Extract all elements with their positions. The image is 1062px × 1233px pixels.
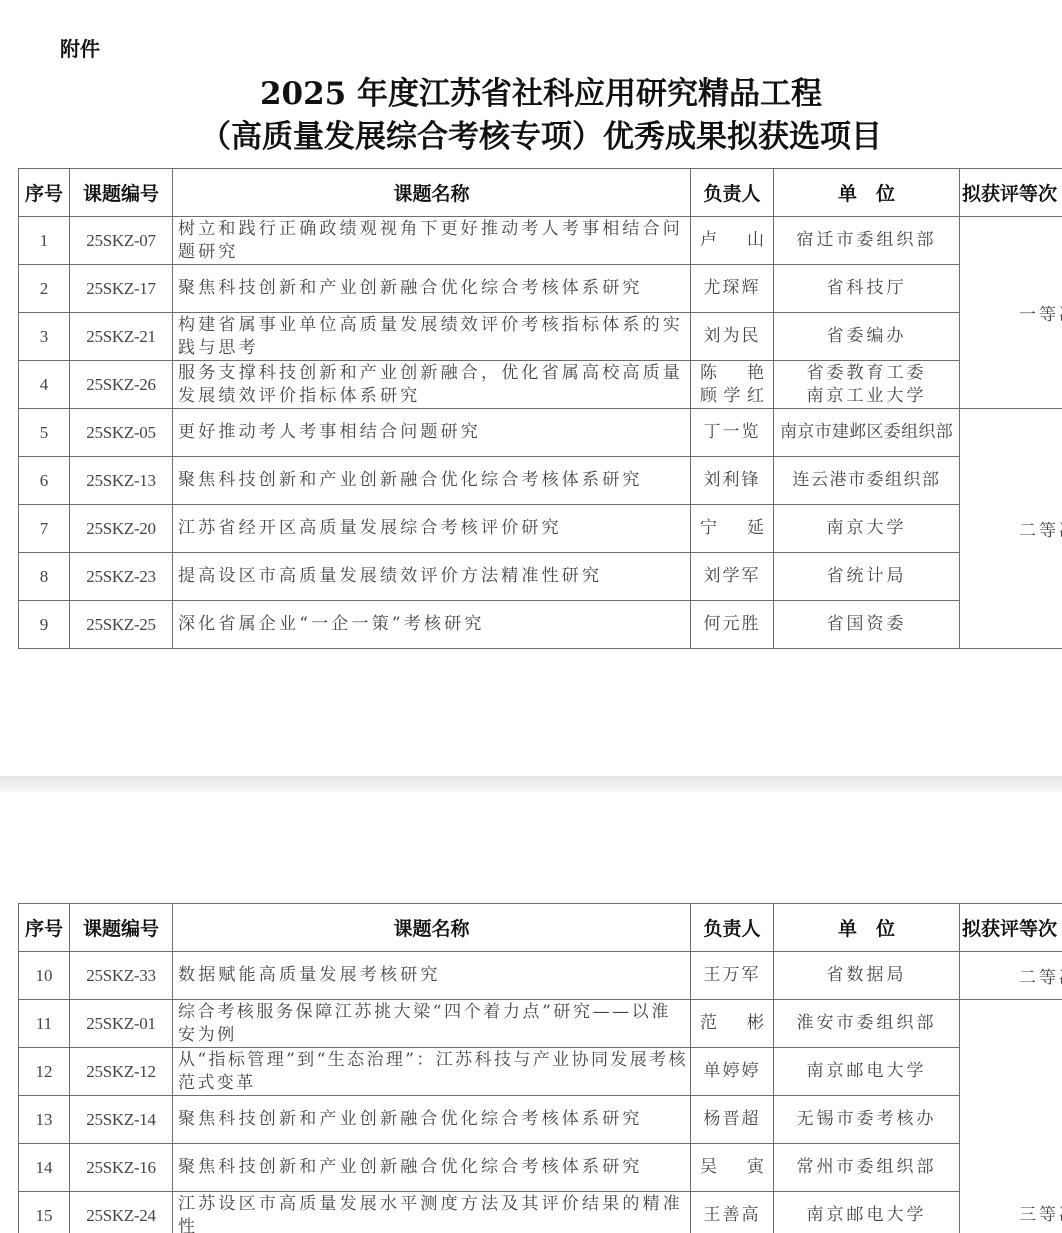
cell-person: 吴 寅 bbox=[691, 1144, 774, 1192]
page-break-divider bbox=[0, 776, 1062, 792]
cell-seq: 5 bbox=[19, 409, 70, 457]
table-row: 13 25SKZ-14 聚焦科技创新和产业创新融合优化综合考核体系研究 杨晋超 … bbox=[19, 1096, 1062, 1144]
cell-seq: 2 bbox=[19, 265, 70, 313]
cell-code: 25SKZ-17 bbox=[70, 265, 173, 313]
cell-person: 王善高 bbox=[691, 1192, 774, 1233]
header-person: 负责人 bbox=[691, 904, 774, 952]
header-person: 负责人 bbox=[691, 169, 774, 217]
unit-line-2: 南京工业大学 bbox=[774, 385, 959, 408]
cell-name: 更好推动考人考事相结合问题研究 bbox=[173, 409, 691, 457]
person-name: 宁 延 bbox=[700, 517, 764, 540]
cell-name: 服务支撑科技创新和产业创新融合，优化省属高校高质量发展绩效评价指标体系研究 bbox=[173, 361, 691, 409]
table-header-row: 序号 课题编号 课题名称 负责人 单 位 拟获评等次 bbox=[19, 904, 1062, 952]
table-row: 10 25SKZ-33 数据赋能高质量发展考核研究 王万军 省数据局 二等次 bbox=[19, 952, 1062, 1000]
cell-code: 25SKZ-16 bbox=[70, 1144, 173, 1192]
header-unit: 单 位 bbox=[774, 169, 960, 217]
cell-person: 何元胜 bbox=[691, 601, 774, 649]
cell-seq: 1 bbox=[19, 217, 70, 265]
cell-seq: 6 bbox=[19, 457, 70, 505]
person-name: 卢 山 bbox=[700, 229, 764, 252]
cell-code: 25SKZ-14 bbox=[70, 1096, 173, 1144]
table-header-row: 序号 课题编号 课题名称 负责人 单 位 拟获评等次 bbox=[19, 169, 1062, 217]
cell-unit: 南京大学 bbox=[774, 505, 960, 553]
person-name: 范 彬 bbox=[700, 1012, 764, 1035]
header-seq: 序号 bbox=[19, 904, 70, 952]
cell-seq: 13 bbox=[19, 1096, 70, 1144]
cell-code: 25SKZ-33 bbox=[70, 952, 173, 1000]
header-grade: 拟获评等次 bbox=[960, 904, 1062, 952]
table-row: 3 25SKZ-21 构建省属事业单位高质量发展绩效评价考核指标体系的实践与思考… bbox=[19, 313, 1062, 361]
cell-unit: 淮安市委组织部 bbox=[774, 1000, 960, 1048]
cell-seq: 7 bbox=[19, 505, 70, 553]
cell-seq: 3 bbox=[19, 313, 70, 361]
document-title-line-2: （高质量发展综合考核专项）优秀成果拟获选项目 bbox=[10, 111, 1062, 156]
cell-unit: 连云港市委组织部 bbox=[774, 457, 960, 505]
cell-name: 提高设区市高质量发展绩效评价方法精准性研究 bbox=[173, 553, 691, 601]
cell-unit: 省数据局 bbox=[774, 952, 960, 1000]
cell-unit: 省科技厅 bbox=[774, 265, 960, 313]
header-code: 课题编号 bbox=[70, 169, 173, 217]
header-name: 课题名称 bbox=[173, 904, 691, 952]
cell-person: 刘学军 bbox=[691, 553, 774, 601]
cell-person: 刘为民 bbox=[691, 313, 774, 361]
cell-seq: 10 bbox=[19, 952, 70, 1000]
header-name: 课题名称 bbox=[173, 169, 691, 217]
table-row: 15 25SKZ-24 江苏设区市高质量发展水平测度方法及其评价结果的精准性 王… bbox=[19, 1192, 1062, 1233]
cell-name: 聚焦科技创新和产业创新融合优化综合考核体系研究 bbox=[173, 1096, 691, 1144]
header-seq: 序号 bbox=[19, 169, 70, 217]
table-row: 14 25SKZ-16 聚焦科技创新和产业创新融合优化综合考核体系研究 吴 寅 … bbox=[19, 1144, 1062, 1192]
cell-unit: 常州市委组织部 bbox=[774, 1144, 960, 1192]
unit-line-1: 省委教育工委 bbox=[774, 362, 959, 385]
cell-name: 构建省属事业单位高质量发展绩效评价考核指标体系的实践与思考 bbox=[173, 313, 691, 361]
cell-seq: 9 bbox=[19, 601, 70, 649]
cell-person: 单婷婷 bbox=[691, 1048, 774, 1096]
cell-code: 25SKZ-13 bbox=[70, 457, 173, 505]
cell-grade: 二等次 bbox=[960, 952, 1062, 1000]
cell-person: 杨晋超 bbox=[691, 1096, 774, 1144]
cell-code: 25SKZ-24 bbox=[70, 1192, 173, 1233]
cell-name: 江苏设区市高质量发展水平测度方法及其评价结果的精准性 bbox=[173, 1192, 691, 1233]
person-name: 吴 寅 bbox=[700, 1156, 764, 1179]
cell-unit: 省委教育工委 南京工业大学 bbox=[774, 361, 960, 409]
cell-unit: 无锡市委考核办 bbox=[774, 1096, 960, 1144]
cell-unit: 省统计局 bbox=[774, 553, 960, 601]
table-row: 9 25SKZ-25 深化省属企业“一企一策”考核研究 何元胜 省国资委 bbox=[19, 601, 1062, 649]
header-grade: 拟获评等次 bbox=[960, 169, 1062, 217]
cell-seq: 15 bbox=[19, 1192, 70, 1233]
cell-unit: 南京邮电大学 bbox=[774, 1192, 960, 1233]
table-row: 7 25SKZ-20 江苏省经开区高质量发展综合考核评价研究 宁 延 南京大学 bbox=[19, 505, 1062, 553]
table-row: 2 25SKZ-17 聚焦科技创新和产业创新融合优化综合考核体系研究 尤琛辉 省… bbox=[19, 265, 1062, 313]
cell-unit: 省国资委 bbox=[774, 601, 960, 649]
person-name-1: 陈 艳 bbox=[700, 362, 764, 385]
cell-code: 25SKZ-20 bbox=[70, 505, 173, 553]
cell-person: 尤琛辉 bbox=[691, 265, 774, 313]
cell-person: 卢 山 bbox=[691, 217, 774, 265]
awards-table-page-2: 序号 课题编号 课题名称 负责人 单 位 拟获评等次 10 25SKZ-33 数… bbox=[18, 903, 1062, 1233]
cell-code: 25SKZ-21 bbox=[70, 313, 173, 361]
person-name-2: 顾学红 bbox=[700, 385, 764, 408]
table-row: 5 25SKZ-05 更好推动考人考事相结合问题研究 丁一览 南京市建邺区委组织… bbox=[19, 409, 1062, 457]
cell-unit: 省委编办 bbox=[774, 313, 960, 361]
cell-name: 聚焦科技创新和产业创新融合优化综合考核体系研究 bbox=[173, 265, 691, 313]
cell-person: 陈 艳 顾学红 bbox=[691, 361, 774, 409]
cell-code: 25SKZ-05 bbox=[70, 409, 173, 457]
table-row: 12 25SKZ-12 从“指标管理”到“生态治理”：江苏科技与产业协同发展考核… bbox=[19, 1048, 1062, 1096]
cell-grade: 三等次 bbox=[960, 1000, 1062, 1233]
cell-name: 综合考核服务保障江苏挑大梁“四个着力点”研究——以淮安为例 bbox=[173, 1000, 691, 1048]
awards-table-page-1: 序号 课题编号 课题名称 负责人 单 位 拟获评等次 1 25SKZ-07 树立… bbox=[18, 168, 1062, 649]
table-row: 11 25SKZ-01 综合考核服务保障江苏挑大梁“四个着力点”研究——以淮安为… bbox=[19, 1000, 1062, 1048]
cell-code: 25SKZ-23 bbox=[70, 553, 173, 601]
cell-name: 江苏省经开区高质量发展综合考核评价研究 bbox=[173, 505, 691, 553]
cell-seq: 4 bbox=[19, 361, 70, 409]
cell-seq: 8 bbox=[19, 553, 70, 601]
cell-person: 刘利锋 bbox=[691, 457, 774, 505]
cell-code: 25SKZ-12 bbox=[70, 1048, 173, 1096]
cell-name: 聚焦科技创新和产业创新融合优化综合考核体系研究 bbox=[173, 1144, 691, 1192]
cell-unit: 宿迁市委组织部 bbox=[774, 217, 960, 265]
table-row: 4 25SKZ-26 服务支撑科技创新和产业创新融合，优化省属高校高质量发展绩效… bbox=[19, 361, 1062, 409]
cell-code: 25SKZ-26 bbox=[70, 361, 173, 409]
table-row: 1 25SKZ-07 树立和践行正确政绩观视角下更好推动考人考事相结合问题研究 … bbox=[19, 217, 1062, 265]
cell-name: 深化省属企业“一企一策”考核研究 bbox=[173, 601, 691, 649]
cell-name: 从“指标管理”到“生态治理”：江苏科技与产业协同发展考核范式变革 bbox=[173, 1048, 691, 1096]
cell-unit: 南京邮电大学 bbox=[774, 1048, 960, 1096]
cell-seq: 14 bbox=[19, 1144, 70, 1192]
cell-seq: 11 bbox=[19, 1000, 70, 1048]
cell-name: 聚焦科技创新和产业创新融合优化综合考核体系研究 bbox=[173, 457, 691, 505]
cell-name: 数据赋能高质量发展考核研究 bbox=[173, 952, 691, 1000]
cell-seq: 12 bbox=[19, 1048, 70, 1096]
cell-code: 25SKZ-25 bbox=[70, 601, 173, 649]
table-row: 6 25SKZ-13 聚焦科技创新和产业创新融合优化综合考核体系研究 刘利锋 连… bbox=[19, 457, 1062, 505]
attachment-label: 附件 bbox=[60, 33, 100, 62]
cell-person: 王万军 bbox=[691, 952, 774, 1000]
cell-person: 丁一览 bbox=[691, 409, 774, 457]
cell-unit: 南京市建邺区委组织部 bbox=[774, 409, 960, 457]
cell-grade: 二等次 bbox=[960, 409, 1062, 649]
header-unit: 单 位 bbox=[774, 904, 960, 952]
cell-person: 宁 延 bbox=[691, 505, 774, 553]
document-title-line-1: 2025 年度江苏省社科应用研究精品工程 bbox=[10, 68, 1062, 113]
cell-name: 树立和践行正确政绩观视角下更好推动考人考事相结合问题研究 bbox=[173, 217, 691, 265]
header-code: 课题编号 bbox=[70, 904, 173, 952]
cell-grade: 一等次 bbox=[960, 217, 1062, 409]
cell-person: 范 彬 bbox=[691, 1000, 774, 1048]
table-row: 8 25SKZ-23 提高设区市高质量发展绩效评价方法精准性研究 刘学军 省统计… bbox=[19, 553, 1062, 601]
cell-code: 25SKZ-07 bbox=[70, 217, 173, 265]
cell-code: 25SKZ-01 bbox=[70, 1000, 173, 1048]
